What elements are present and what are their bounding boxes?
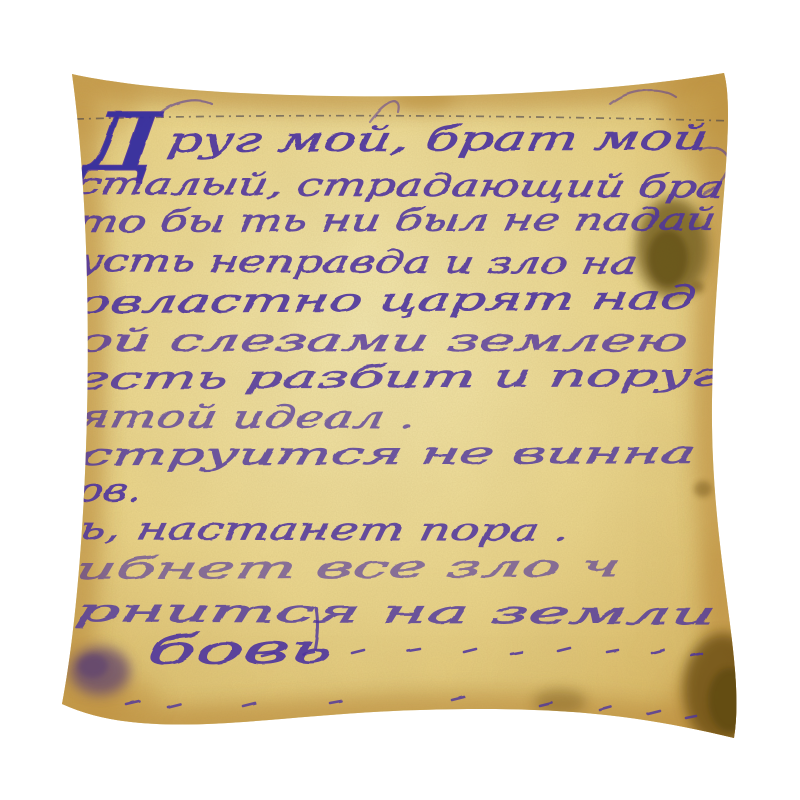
edge-shade-bottom	[70, 702, 730, 754]
handwriting-line: сталый, страдающий бра	[73, 166, 727, 205]
handwriting-line: есть разбит и поруг	[73, 358, 724, 397]
handwriting-line: руг мой, брат мой	[164, 118, 711, 161]
handwriting-line: струится не винна	[77, 436, 699, 473]
handwriting-line: овластно царят над	[75, 279, 699, 321]
ink-blot-bottom-left-core	[78, 654, 108, 678]
pillow-product-photo: Д руг мой, брат мой сталый, страдающий б…	[0, 0, 800, 800]
handwriting-line: ятой идеал .	[75, 399, 419, 436]
handwriting-line: ь, настанет пора .	[77, 511, 573, 548]
ink-fragment-bottom	[196, 729, 232, 740]
pillow-illustration: Д руг мой, брат мой сталый, страдающий б…	[0, 0, 800, 800]
stain-bottom-right-core	[708, 668, 752, 732]
handwriting-line: бовь	[144, 626, 337, 674]
handwriting-line: ой слезами землею	[75, 323, 691, 359]
stain-right-large-core	[648, 230, 688, 286]
handwriting-line: то бы ть ни был не падай	[73, 202, 719, 240]
handwriting-line: ов.	[75, 471, 146, 509]
stain-top-middle	[395, 84, 455, 110]
handwriting-line: ибнет все зло ч	[73, 549, 624, 587]
stain-bottom-middle	[534, 689, 586, 715]
stain-right-spot-2	[694, 481, 712, 497]
handwriting-line: усть неправда и зло на	[72, 243, 641, 282]
